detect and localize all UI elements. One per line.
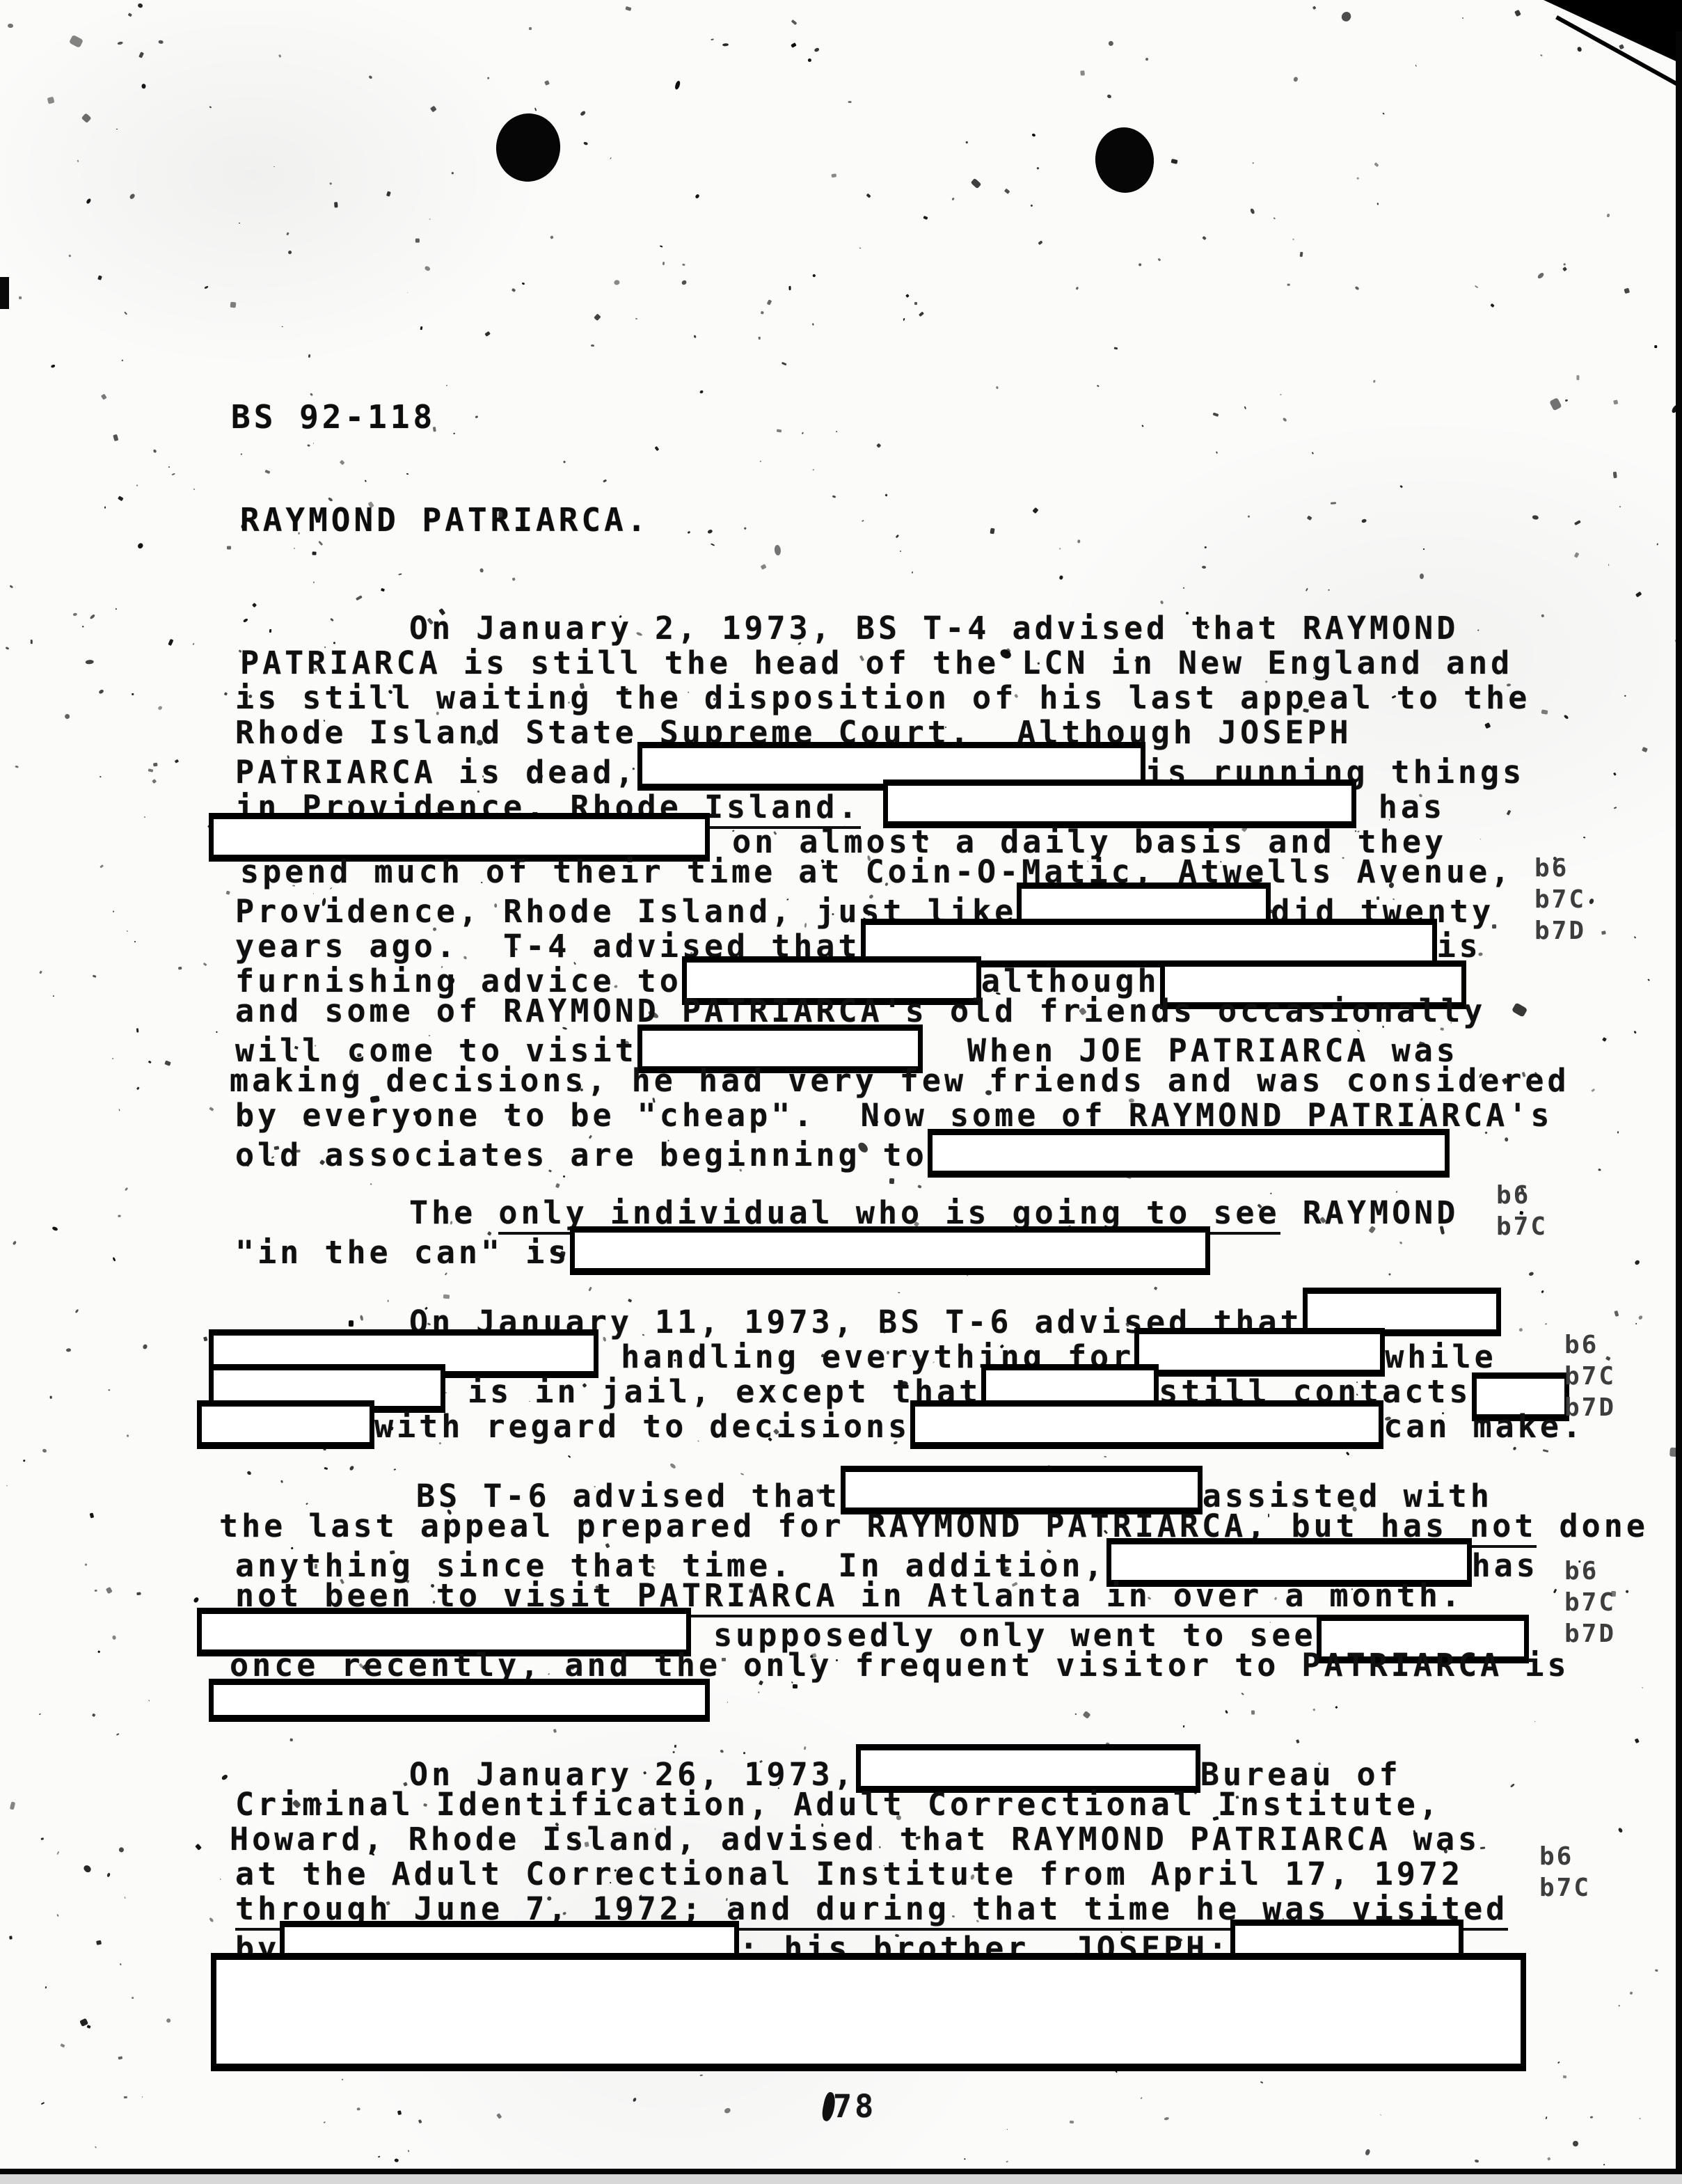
scan-edge-mark <box>0 277 9 309</box>
scan-edge-bottom <box>0 2169 1682 2174</box>
file-number: BS 92-118 <box>231 398 436 436</box>
text-line: On January 26, 1973,Bureau of <box>409 1752 1402 1787</box>
text-line: by everyone to be "cheap". Now some of R… <box>235 1098 1553 1133</box>
document-content: BS 92-118 RAYMOND PATRIARCA. On January … <box>0 0 1682 2184</box>
redaction-box <box>197 1400 374 1449</box>
text-line: old associates are beginning to <box>235 1133 1450 1168</box>
margin-code-b6: b6 <box>1539 1841 1573 1872</box>
body-text-segment: old associates are beginning to <box>235 1137 928 1173</box>
body-text-segment: has <box>1472 1547 1539 1584</box>
body-text-segment: "in the can" is <box>235 1234 570 1271</box>
margin-code-b7c: b7C <box>1534 884 1586 915</box>
margin-code-b7c: b7C <box>1539 1872 1591 1904</box>
body-text-segment: RAYMOND <box>1280 1194 1459 1231</box>
margin-code-b7d: b7D <box>1564 1618 1616 1649</box>
redaction-box <box>910 1400 1383 1449</box>
body-text-segment: with regard to decisions <box>374 1408 910 1445</box>
redaction-box <box>570 1226 1210 1275</box>
text-line: on almost a daily basis and they <box>209 820 1447 855</box>
margin-code-b7c: b7C <box>1564 1361 1616 1392</box>
text-line: anything since that time. In addition,ha… <box>235 1544 1539 1578</box>
text-line: at the Adult Correctional Institute from… <box>235 1857 1463 1892</box>
text-line: BS T-6 advised thatassisted with <box>416 1474 1493 1509</box>
text-line: and some of RAYMOND PATRIARCA's old frie… <box>235 994 1486 1029</box>
body-text-segment: On January 2, 1973, BS T-4 advised that … <box>409 610 1459 647</box>
body-text-segment: Criminal Identification, Adult Correctio… <box>235 1786 1441 1823</box>
text-line: furnishing advice toalthough <box>235 959 1466 994</box>
large-redaction-box <box>211 1953 1526 2071</box>
text-line: years ago. T-4 advised thatis <box>235 924 1482 959</box>
text-line: supposedly only went to see <box>197 1613 1529 1648</box>
body-text-segment: at the Adult Correctional Institute from… <box>235 1855 1463 1892</box>
body-text-segment: is still waiting the disposition of his … <box>235 679 1530 716</box>
margin-code-b7d: b7D <box>1564 1392 1616 1423</box>
text-line: once recently, and the only frequent vis… <box>230 1648 1570 1683</box>
margin-code-b6: b6 <box>1534 853 1569 884</box>
text-line: Criminal Identification, Adult Correctio… <box>235 1787 1441 1822</box>
body-text-segment: done <box>1537 1508 1648 1544</box>
body-text-segment: making decisions, he had very few friend… <box>230 1062 1570 1099</box>
text-line: spend much of their time at Coin-O-Matic… <box>240 855 1513 889</box>
text-line: with regard to decisionscan make. <box>197 1404 1585 1439</box>
text-line: will come to visit When JOE PATRIARCA wa… <box>235 1029 1459 1063</box>
body-text-segment: can make. <box>1383 1408 1585 1445</box>
text-line: is in jail, except thatstill contacts <box>209 1370 1569 1404</box>
text-line: Howard, Rhode Island, advised that RAYMO… <box>230 1822 1480 1857</box>
body-text-segment: spend much of their time at Coin-O-Matic… <box>240 853 1513 890</box>
text-line: On January 2, 1973, BS T-4 advised that … <box>409 611 1459 646</box>
redaction-box <box>928 1129 1450 1178</box>
text-line: PATRIARCA is still the head of the LCN i… <box>240 646 1513 681</box>
margin-code-b6: b6 <box>1564 1556 1598 1587</box>
text-line <box>209 1683 710 1718</box>
body-text-segment: Howard, Rhode Island, advised that RAYMO… <box>230 1821 1480 1858</box>
redaction-box <box>209 1679 710 1722</box>
scan-bottom-strip <box>0 2174 1682 2184</box>
margin-code-b7d: b7D <box>1534 915 1586 947</box>
text-line: making decisions, he had very few friend… <box>230 1063 1570 1098</box>
page-number: 78 <box>833 2088 876 2125</box>
margin-code-b7c: b7C <box>1564 1587 1616 1618</box>
text-line: The only individual who is going to see … <box>409 1196 1459 1231</box>
margin-code-b6: b6 <box>1496 1180 1530 1211</box>
scanned-document-page: BS 92-118 RAYMOND PATRIARCA. On January … <box>0 0 1682 2184</box>
body-text-segment: PATRIARCA is still the head of the LCN i… <box>240 644 1513 681</box>
margin-code-b7c: b7C <box>1496 1211 1548 1242</box>
body-text-segment: The <box>409 1194 498 1231</box>
scan-edge-right <box>1676 31 1682 2184</box>
body-text-segment: Rhode Island State <box>235 714 660 751</box>
subject-line: RAYMOND PATRIARCA. <box>240 501 650 539</box>
text-line: "in the can" is <box>235 1231 1210 1265</box>
text-line: is still waiting the disposition of his … <box>235 681 1530 715</box>
margin-code-b6: b6 <box>1564 1329 1598 1361</box>
